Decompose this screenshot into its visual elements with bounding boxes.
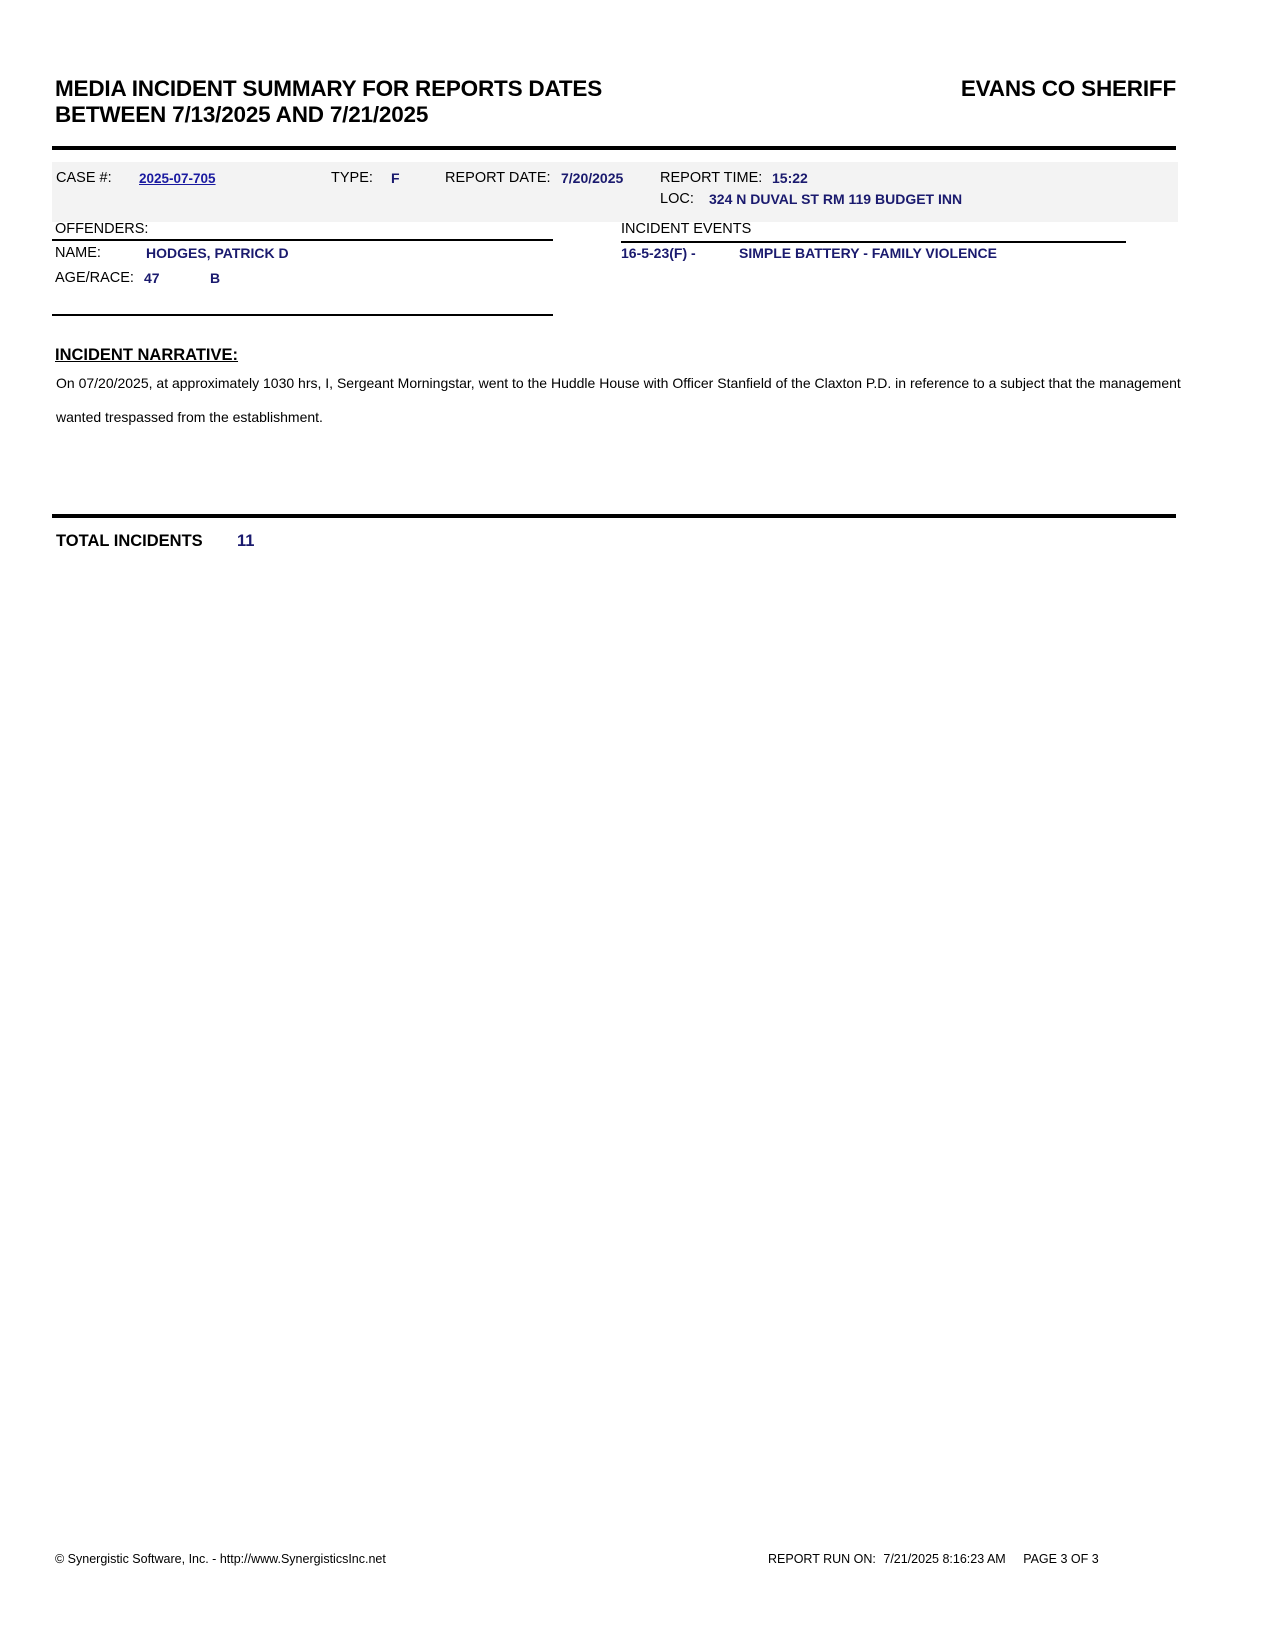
offenders-divider <box>52 239 553 241</box>
header-divider <box>52 146 1176 150</box>
footer-copyright: © Synergistic Software, Inc. - http://ww… <box>55 1552 386 1567</box>
offender-age-value: 47 <box>144 270 160 287</box>
report-title-line-1: MEDIA INCIDENT SUMMARY FOR REPORTS DATES <box>55 76 602 102</box>
footer-run-on: REPORT RUN ON: 7/21/2025 8:16:23 AM PAGE… <box>768 1552 1099 1567</box>
report-title-line-2: BETWEEN 7/13/2025 AND 7/21/2025 <box>55 102 602 128</box>
offender-race-value: B <box>210 270 220 287</box>
report-time-value: 15:22 <box>772 170 808 187</box>
type-value: F <box>391 170 400 187</box>
offenders-bottom-divider <box>52 314 553 316</box>
footer-run-on-value: 7/21/2025 8:16:23 AM <box>883 1552 1005 1566</box>
offender-name-value: HODGES, PATRICK D <box>146 245 289 262</box>
total-incidents-value: 11 <box>237 531 254 551</box>
report-title: MEDIA INCIDENT SUMMARY FOR REPORTS DATES… <box>55 76 602 128</box>
incident-events-divider <box>621 241 1126 243</box>
location-value: 324 N DUVAL ST RM 119 BUDGET INN <box>709 191 962 208</box>
type-label: TYPE: <box>331 170 373 187</box>
case-number-link[interactable]: 2025-07-705 <box>139 170 216 187</box>
total-incidents-label: TOTAL INCIDENTS <box>56 531 203 551</box>
narrative-heading: INCIDENT NARRATIVE: <box>55 345 238 365</box>
agency-name: EVANS CO SHERIFF <box>961 76 1176 102</box>
offenders-heading: OFFENDERS: <box>55 221 148 238</box>
report-time-label: REPORT TIME: <box>660 170 762 187</box>
incident-event-code: 16-5-23(F) - <box>621 245 696 262</box>
case-number-label: CASE #: <box>56 170 112 187</box>
footer-page-number: PAGE 3 OF 3 <box>1023 1552 1099 1566</box>
incident-events-heading: INCIDENT EVENTS <box>621 221 751 238</box>
location-label: LOC: <box>660 191 694 208</box>
narrative-text: On 07/20/2025, at approximately 1030 hrs… <box>56 366 1186 434</box>
offender-age-race-label: AGE/RACE: <box>55 270 134 287</box>
incident-event-description: SIMPLE BATTERY - FAMILY VIOLENCE <box>739 245 997 262</box>
report-date-value: 7/20/2025 <box>561 170 623 187</box>
totals-divider <box>52 514 1176 518</box>
offender-name-label: NAME: <box>55 245 101 262</box>
footer-run-on-label: REPORT RUN ON: <box>768 1552 876 1566</box>
report-date-label: REPORT DATE: <box>445 170 551 187</box>
